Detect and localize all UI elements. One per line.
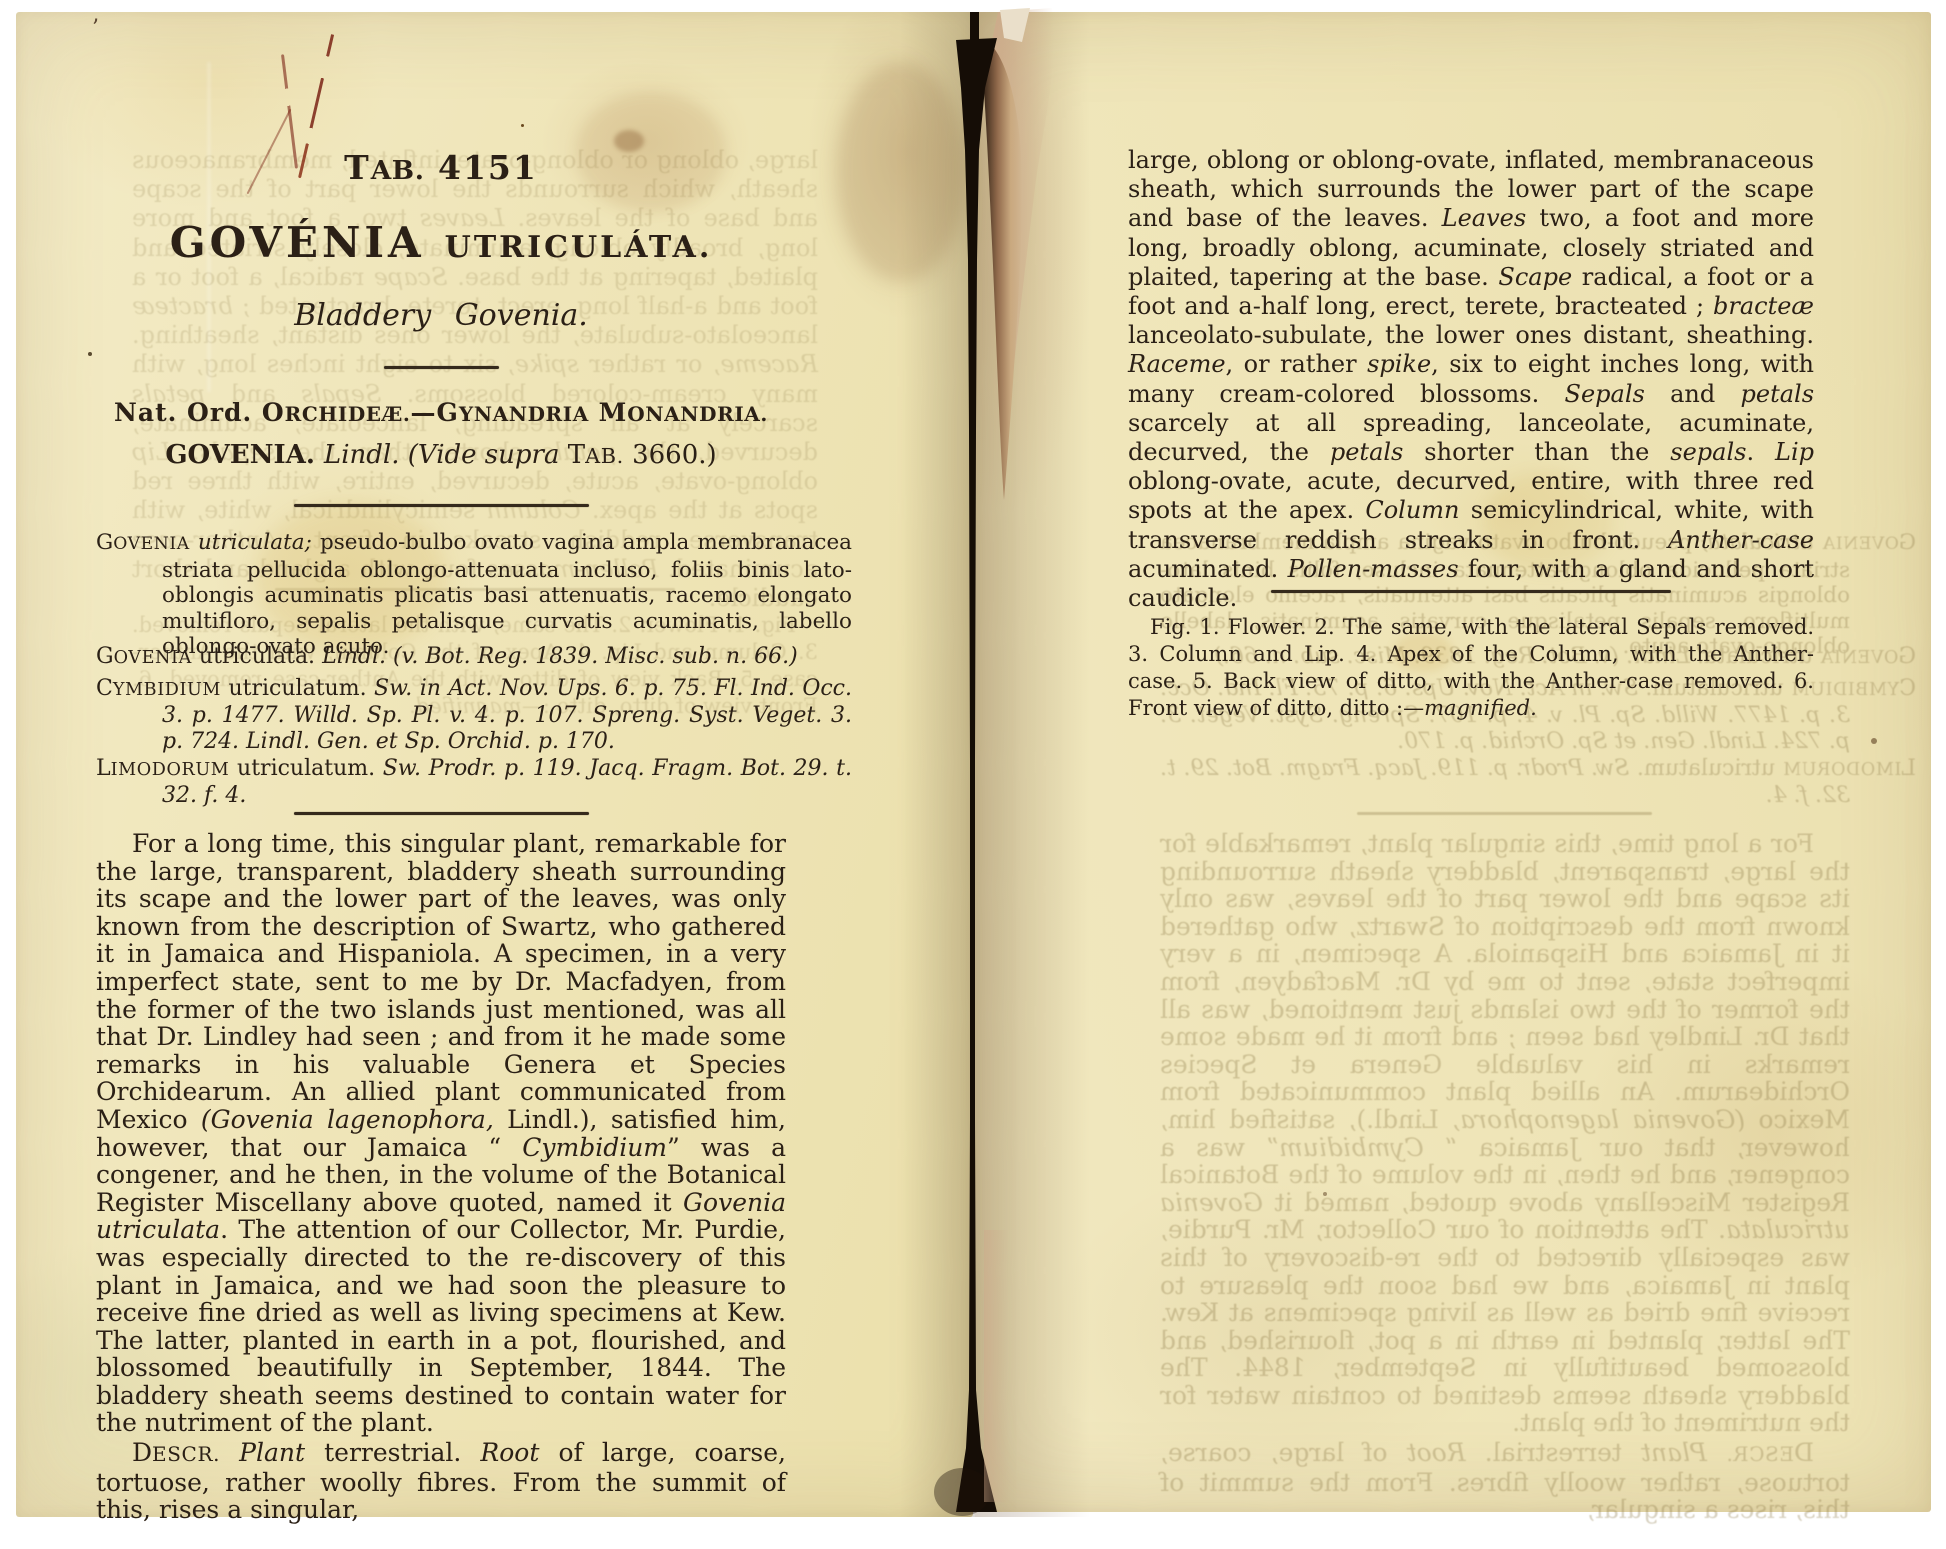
synonym-entry: LIMODORUM utriculatum. Sw. Prodr. p. 119… bbox=[96, 756, 852, 809]
description-start: DESCR. Plant terrestrial. Root of large,… bbox=[96, 1439, 786, 1524]
common-name: Bladdery Govenia. bbox=[96, 298, 786, 333]
continuation-text: large, oblong or oblong-ovate, inflated,… bbox=[1128, 146, 1814, 613]
show-through-description: DESCR. Plant terrestrial. Root of large,… bbox=[1160, 1439, 1850, 1524]
left-page: large, oblong or oblong-ovate, inflated,… bbox=[16, 12, 973, 1517]
pen-mark: ’ bbox=[92, 16, 99, 41]
show-through-main-text: For a long time, this singular plant, re… bbox=[1160, 830, 1850, 1524]
stain bbox=[836, 62, 966, 282]
right-page: GOVENIA utriculata; pseudo-bulbo ovato v… bbox=[973, 12, 1931, 1512]
genus-name: GOVÉNIA bbox=[170, 218, 425, 267]
main-text-block: For a long time, this singular plant, re… bbox=[96, 830, 786, 1524]
synonym-entry: CYMBIDIUM utriculatum. Sw. in Act. Nov. … bbox=[96, 676, 852, 755]
divider-rule bbox=[384, 366, 499, 369]
divider-rule bbox=[294, 812, 589, 815]
dust-speck bbox=[1323, 1192, 1327, 1196]
show-through-paragraph: For a long time, this singular plant, re… bbox=[1160, 830, 1850, 1437]
book-scan: large, oblong or oblong-ovate, inflated,… bbox=[0, 0, 1946, 1549]
main-paragraph: For a long time, this singular plant, re… bbox=[96, 830, 786, 1437]
dust-speck bbox=[88, 352, 92, 356]
show-through-rule bbox=[1357, 812, 1652, 815]
figure-caption: Fig. 1. Flower. 2. The same, with the la… bbox=[1128, 614, 1814, 722]
tab-number: TAB. 4151 bbox=[96, 148, 786, 187]
species-title: GOVÉNIAUTRICULÁTA. bbox=[96, 218, 786, 267]
dust-speck bbox=[1871, 738, 1877, 744]
divider-rule bbox=[294, 504, 589, 507]
dust-speck bbox=[521, 124, 524, 127]
show-through-synonym: LIMODORUM utriculatum. Sw. Prodr. p. 119… bbox=[1160, 756, 1916, 809]
genus-reference-line: GOVENIA. Lindl. (Vide supra TAB. 3660.) bbox=[96, 440, 786, 470]
taxonomy-line: Nat. Ord. ORCHIDEÆ.—GYNANDRIA MONANDRIA. bbox=[96, 398, 786, 427]
synonym-entry: GOVENIA utriculata. Lindl. (v. Bot. Reg.… bbox=[96, 644, 852, 671]
species-epithet: UTRICULÁTA. bbox=[445, 230, 713, 265]
latin-diagnosis: GOVENIA utriculata; pseudo-bulbo ovato v… bbox=[96, 530, 852, 660]
divider-rule bbox=[1271, 590, 1671, 593]
